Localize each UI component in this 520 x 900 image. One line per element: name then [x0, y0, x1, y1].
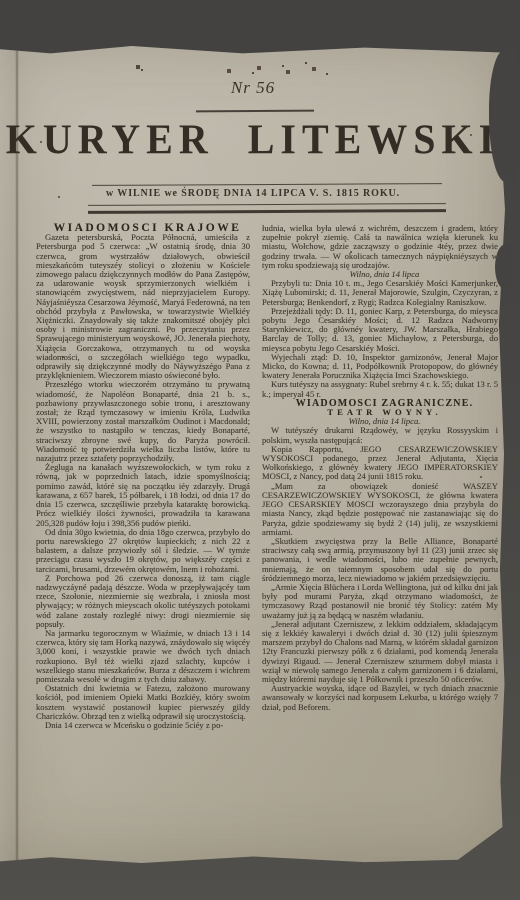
- dateline-rule-top: [92, 183, 442, 186]
- paragraph: Przeszłégo wtorku wieczorém otrzymáno tu…: [36, 380, 250, 463]
- torn-edge-notch-top: [489, 50, 517, 182]
- fold-crease: [15, 46, 19, 863]
- paragraph: Austryackie woyska, idące od Bazylei, w …: [262, 684, 498, 712]
- paragraph: „Armie Xięcia Blüchera i Lorda Wellingto…: [262, 583, 498, 620]
- paragraph: Ostatnich dni kwietnia w Fatezu, założon…: [36, 684, 250, 721]
- publication-dateline: w WILNIE we ŚRODĘ DNIA 14 LIPCA V. S. 18…: [0, 188, 506, 199]
- paragraph: Na jarmarku tegorocznym w Wiaźmie, w dni…: [36, 629, 250, 684]
- torn-edge-notch-mid: [495, 244, 513, 290]
- issue-number: Nr 56: [0, 78, 506, 98]
- newspaper-page: Nr 56 KURYER LITEWSKI w WILNIE we ŚRODĘ …: [0, 46, 506, 863]
- masthead-title: KURYER LITEWSKI: [0, 115, 506, 164]
- scan-backdrop: Nr 56 KURYER LITEWSKI w WILNIE we ŚRODĘ …: [0, 0, 520, 900]
- ink-speckles: [0, 46, 2, 48]
- paragraph: „Skutkiem zwycięstwa przy la Belle Allia…: [262, 537, 498, 583]
- paragraph: Od dnia 30go kwietnia, do dnia 18go czer…: [36, 528, 250, 574]
- paragraph-continuation: łudnia, wielka była ulewá z wichrém, des…: [262, 224, 498, 270]
- paragraph-arrivals: Przybyli tu: Dnia 10 t. m., Jego Cesarsk…: [262, 279, 498, 307]
- paragraph: „Jenerał adjutant Czerniszew, z lekkim o…: [262, 620, 498, 684]
- dateline-rule-bottom: [88, 203, 446, 214]
- paragraph-exchange-rates: Kurs tutéyszy na assygnaty: Rubel srebrn…: [262, 380, 498, 398]
- paragraph: Gazeta petersburská, Poczta Północná, um…: [36, 233, 250, 380]
- paragraph: Żegluga na kanałach wyższewołockich, w t…: [36, 463, 250, 527]
- paragraph-transits: Przejeżdżali tędy: D. 11, goniec Karp, z…: [262, 307, 498, 353]
- foreign-news-column: łudnia, wielka była ulewá z wichrém, des…: [262, 224, 498, 712]
- paragraph: Dnia 14 czerwca w Mceńsku o godzinie 5ci…: [36, 721, 250, 730]
- issue-rule: [196, 110, 314, 113]
- paragraph: W tutéyszéy drukarni Rządowéy, w języku …: [262, 426, 498, 444]
- domestic-news-column: WIADOMOSCI KRAJOWE Gazeta petersburská, …: [36, 224, 250, 730]
- paragraph: „Mam za obowiązek donieść WASZEY CESARZE…: [262, 482, 498, 537]
- paragraph: Z Porchowa pod 26 czerwca donoszą, iż ta…: [36, 574, 250, 629]
- paragraph: Kopia Rapportu, JEGO CESARZEWICZOWSKIEY …: [262, 445, 498, 482]
- paragraph-departures: Wyjechali ztąd: D. 10, Inspektor garnizo…: [262, 353, 498, 381]
- page-gutter: [0, 46, 15, 863]
